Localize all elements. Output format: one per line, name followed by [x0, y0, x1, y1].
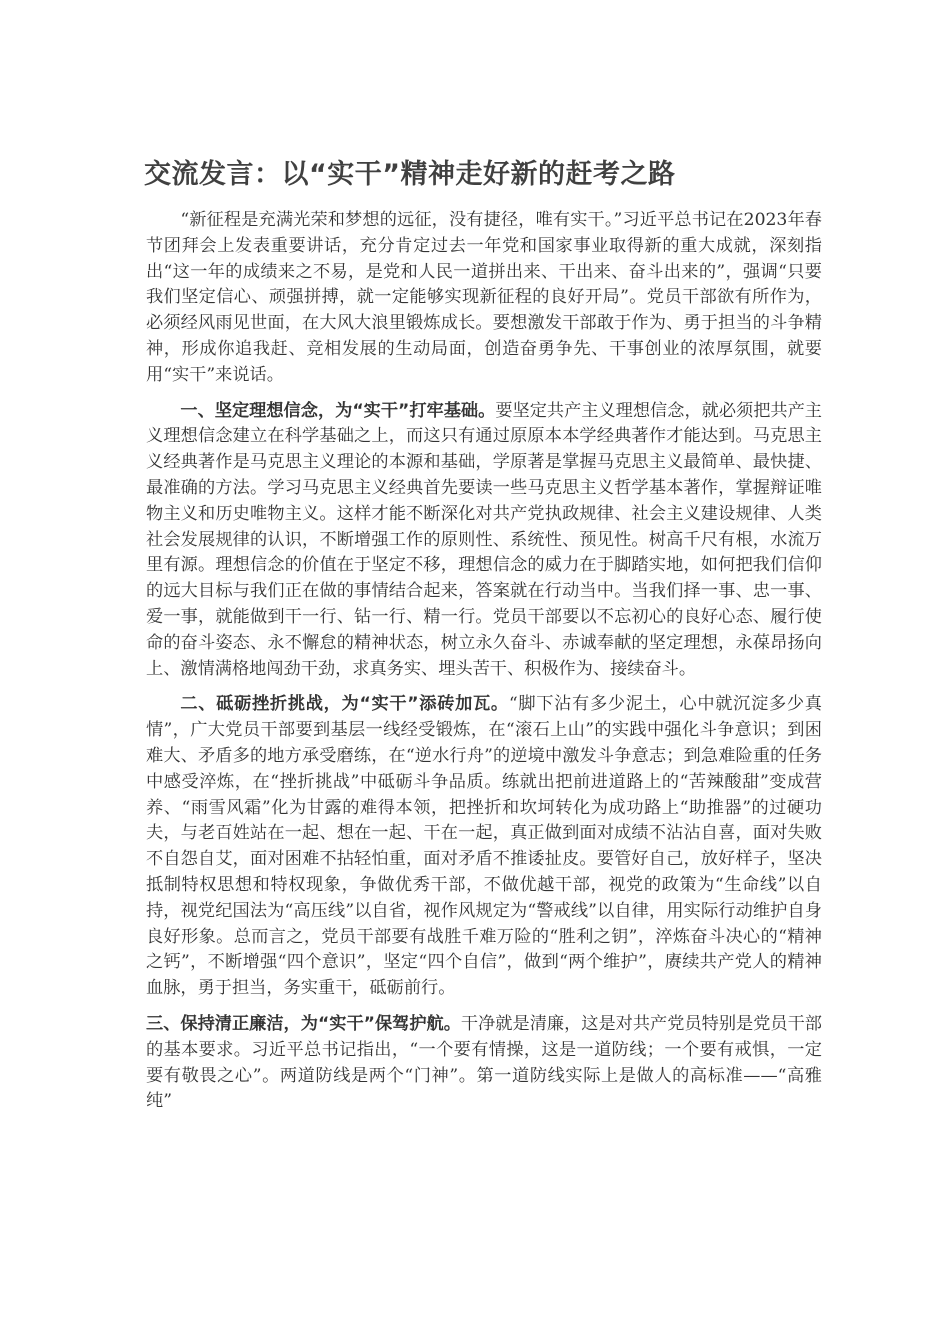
section-heading: 一、坚定理想信念，为“实干”打牢基础。 — [180, 401, 495, 421]
paragraph-text: 要坚定共产主义理想信念，就必须把共产主义理想信念建立在科学基础之上，而这只有通过… — [146, 401, 822, 679]
document-page: 交流发言：以“实干”精神走好新的赶考之路 “新征程是充满光荣和梦想的远征，没有捷… — [146, 150, 822, 1125]
paragraph-text: “新征程是充满光荣和梦想的远征，没有捷径，唯有实干。”习近平总书记在2023年春… — [146, 210, 822, 385]
paragraph-section-3: 三、保持清正廉洁，为“实干”保驾护航。干净就是清廉，这是对共产党员特别是党员干部… — [146, 1012, 822, 1115]
section-heading: 二、砥砺挫折挑战，为“实干”添砖加瓦。 — [180, 694, 508, 714]
document-title: 交流发言：以“实干”精神走好新的赶考之路 — [144, 150, 822, 200]
paragraph-section-2: 二、砥砺挫折挑战，为“实干”添砖加瓦。“脚下沾有多少泥土，心中就沉淀多少真情”，… — [146, 692, 822, 1002]
paragraph-text: “脚下沾有多少泥土，心中就沉淀多少真情”，广大党员干部要到基层一线经受锻炼，在“… — [146, 694, 822, 998]
section-heading: 三、保持清正廉洁，为“实干”保驾护航。 — [146, 1014, 461, 1034]
paragraph-section-1: 一、坚定理想信念，为“实干”打牢基础。要坚定共产主义理想信念，就必须把共产主义理… — [146, 399, 822, 683]
paragraph-intro: “新征程是充满光荣和梦想的远征，没有捷径，唯有实干。”习近平总书记在2023年春… — [146, 208, 822, 389]
